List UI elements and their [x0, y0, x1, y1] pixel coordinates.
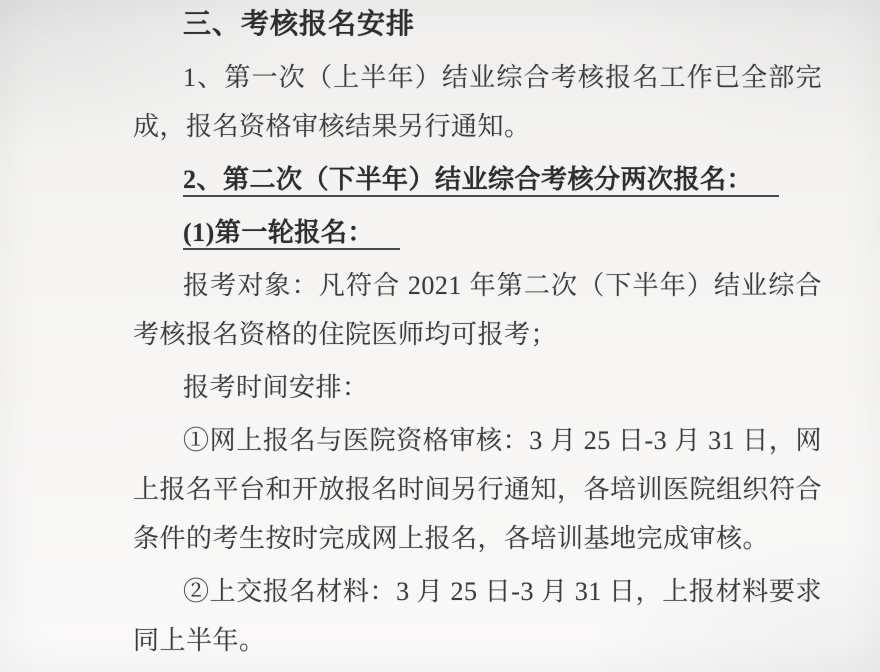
paragraph-second-half-year-two-rounds: 2、第二次（下半年）结业综合考核分两次报名：	[133, 155, 822, 204]
paragraph-first-half-year-complete: 1、第一次（上半年）结业综合考核报名工作已全部完成，报名资格审核结果另行通知。	[133, 53, 822, 151]
paragraph-submit-materials-dates: ②上交报名材料：3 月 25 日-3 月 31 日，上报材料要求同上半年。	[133, 567, 822, 665]
underlined-text: 2、第二次（下半年）结业综合考核分两次报名：	[183, 165, 779, 197]
paragraph-online-registration-dates: ①网上报名与医院资格审核：3 月 25 日-3 月 31 日，网上报名平台和开放…	[133, 416, 822, 563]
paragraph-first-round-registration: (1)第一轮报名：	[133, 208, 822, 257]
paragraph-eligible-applicants: 报考对象：凡符合 2021 年第二次（下半年）结业综合考核报名资格的住院医师均可…	[133, 261, 822, 359]
paragraph-schedule-label: 报考时间安排：	[133, 363, 822, 412]
section-heading: 三、考核报名安排	[133, 0, 822, 49]
underlined-text: (1)第一轮报名：	[183, 218, 400, 250]
document-page: 三、考核报名安排 1、第一次（上半年）结业综合考核报名工作已全部完成，报名资格审…	[0, 0, 880, 672]
